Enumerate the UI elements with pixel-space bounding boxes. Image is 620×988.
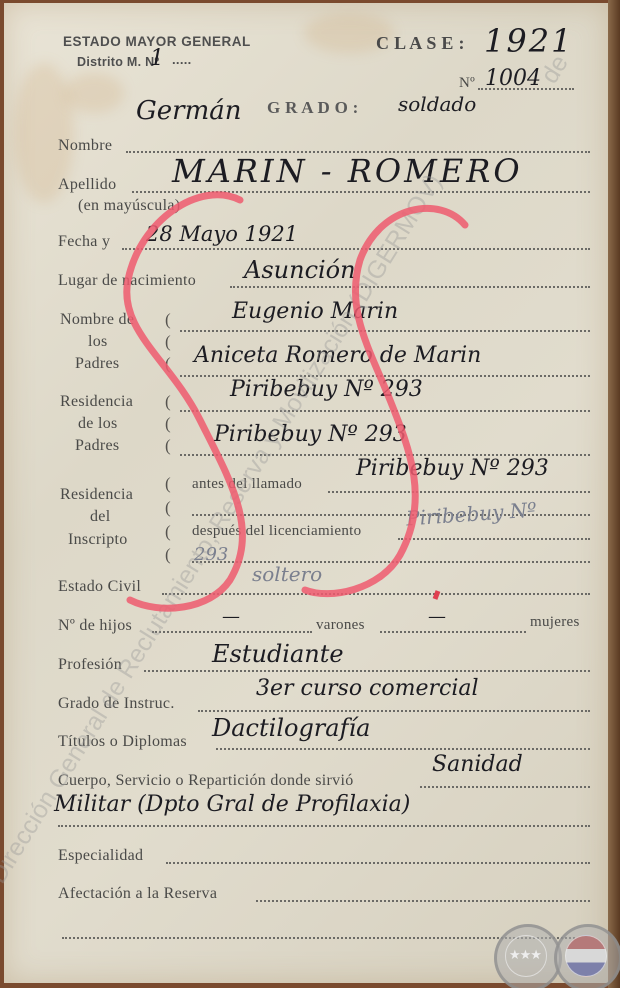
seal-flag-icon <box>554 924 620 988</box>
seal-stars-icon: ★★★ <box>494 924 562 988</box>
stars-glyph: ★★★ <box>509 947 541 963</box>
red-ss-mark <box>0 0 620 988</box>
